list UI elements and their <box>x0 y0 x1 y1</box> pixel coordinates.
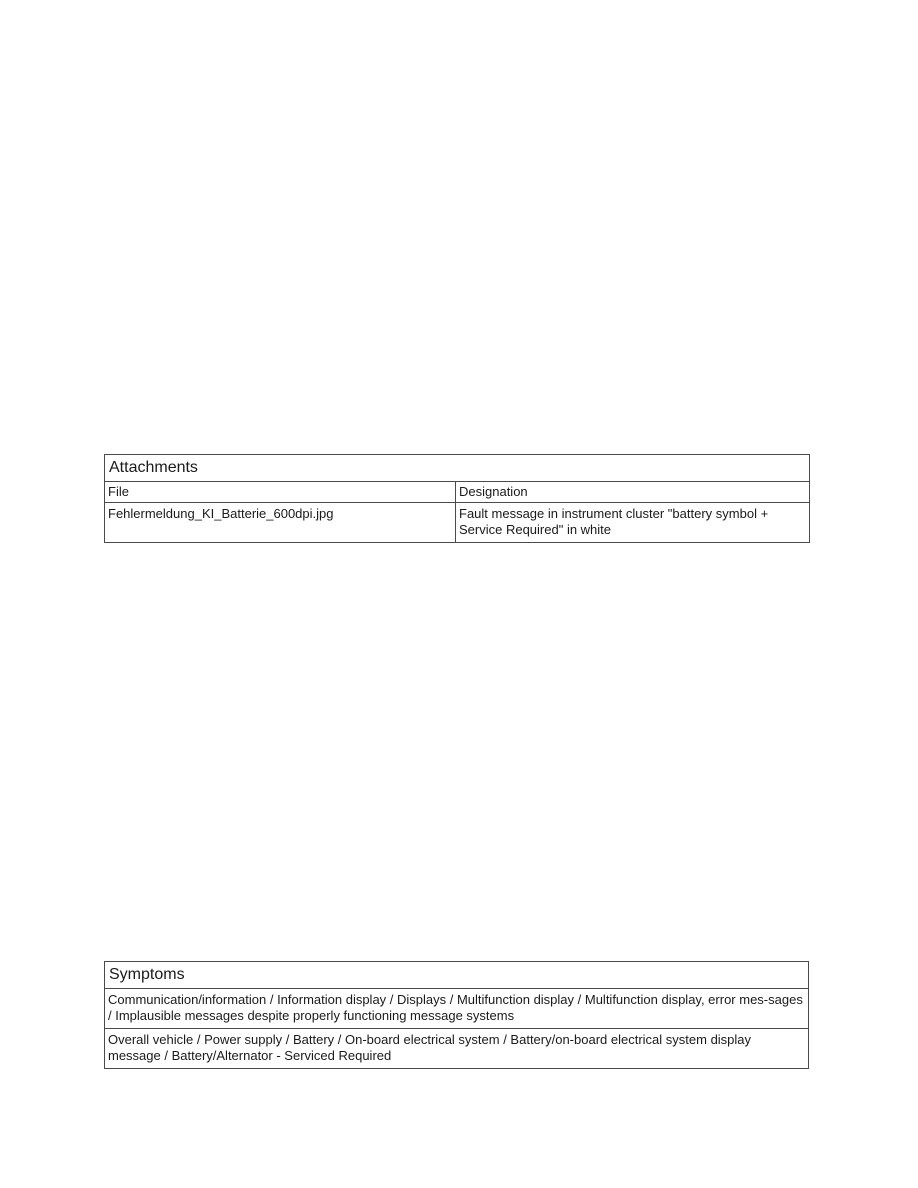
attachment-designation: Fault message in instrument cluster "bat… <box>456 503 810 543</box>
table-row: Fehlermeldung_KI_Batterie_600dpi.jpg Fau… <box>105 503 810 543</box>
attachments-header-row: File Designation <box>105 482 810 503</box>
attachments-title: Attachments <box>105 455 810 482</box>
symptom-entry: Overall vehicle / Power supply / Battery… <box>105 1029 809 1069</box>
symptom-entry: Communication/information / Information … <box>105 989 809 1029</box>
column-header-file: File <box>105 482 456 503</box>
symptoms-table: Symptoms Communication/information / Inf… <box>104 961 809 1069</box>
attachments-table: Attachments File Designation Fehlermeldu… <box>104 454 810 543</box>
attachments-caption-row: Attachments <box>105 455 810 482</box>
table-row: Overall vehicle / Power supply / Battery… <box>105 1029 809 1069</box>
attachment-file-name[interactable]: Fehlermeldung_KI_Batterie_600dpi.jpg <box>105 503 456 543</box>
symptoms-title: Symptoms <box>105 962 809 989</box>
table-row: Communication/information / Information … <box>105 989 809 1029</box>
column-header-designation: Designation <box>456 482 810 503</box>
symptoms-caption-row: Symptoms <box>105 962 809 989</box>
